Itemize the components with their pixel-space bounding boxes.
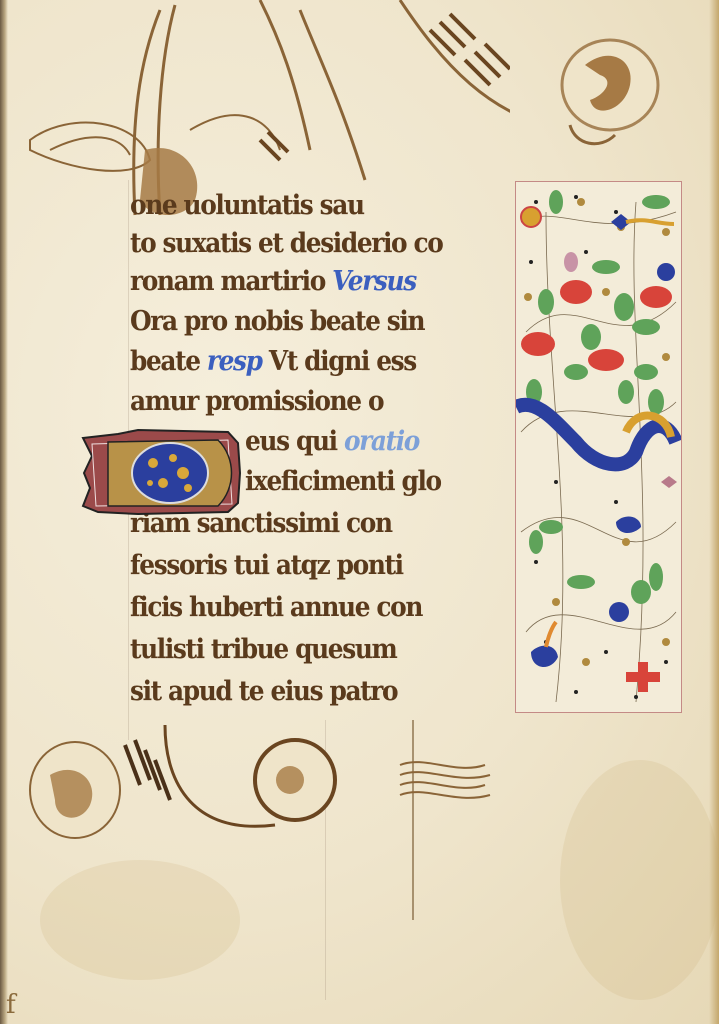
floral-border-art	[516, 182, 682, 713]
cadel-flourish-bottom	[15, 725, 515, 895]
text-line-1: one uoluntatis sau	[130, 190, 364, 226]
text-line-12: tulisti tribue quesum	[130, 634, 396, 670]
text-line-4: Ora pro nobis beate sin	[130, 306, 424, 342]
manuscript-page: one uoluntatis sau to suxatis et desider…	[0, 0, 719, 1024]
text-line-8: ixeficimenti glo	[245, 466, 441, 502]
text-line-2: to suxatis et desiderio co	[130, 228, 442, 264]
text-line-10: fessoris tui atqz ponti	[130, 550, 403, 586]
rubric-oratio: oratio	[344, 426, 419, 457]
text-line-5: beate resp Vt digni ess	[130, 346, 416, 382]
text-line-3: ronam martirio Versus	[130, 266, 416, 302]
text-line-7-body: eus qui	[245, 426, 337, 457]
text-line-5-body: beate	[130, 346, 200, 377]
text-line-6: amur promissione o	[130, 386, 383, 422]
text-line-5-tail: Vt digni ess	[269, 346, 416, 377]
text-line-13: sit apud te eius patro	[130, 676, 397, 712]
rubric-resp: resp	[207, 346, 262, 377]
folio-mark: f	[6, 990, 16, 1020]
floral-border-panel	[515, 181, 682, 713]
illuminated-initial-d	[78, 428, 243, 516]
text-line-11: ficis huberti annue con	[130, 592, 422, 628]
rubric-versus: Versus	[332, 266, 416, 297]
parchment-stain	[560, 760, 719, 1000]
page-left-edge	[0, 0, 8, 1024]
text-line-3-body: ronam martirio	[130, 266, 325, 297]
cadel-flourish-right	[555, 25, 675, 155]
text-line-7: eus qui oratio	[245, 426, 419, 462]
